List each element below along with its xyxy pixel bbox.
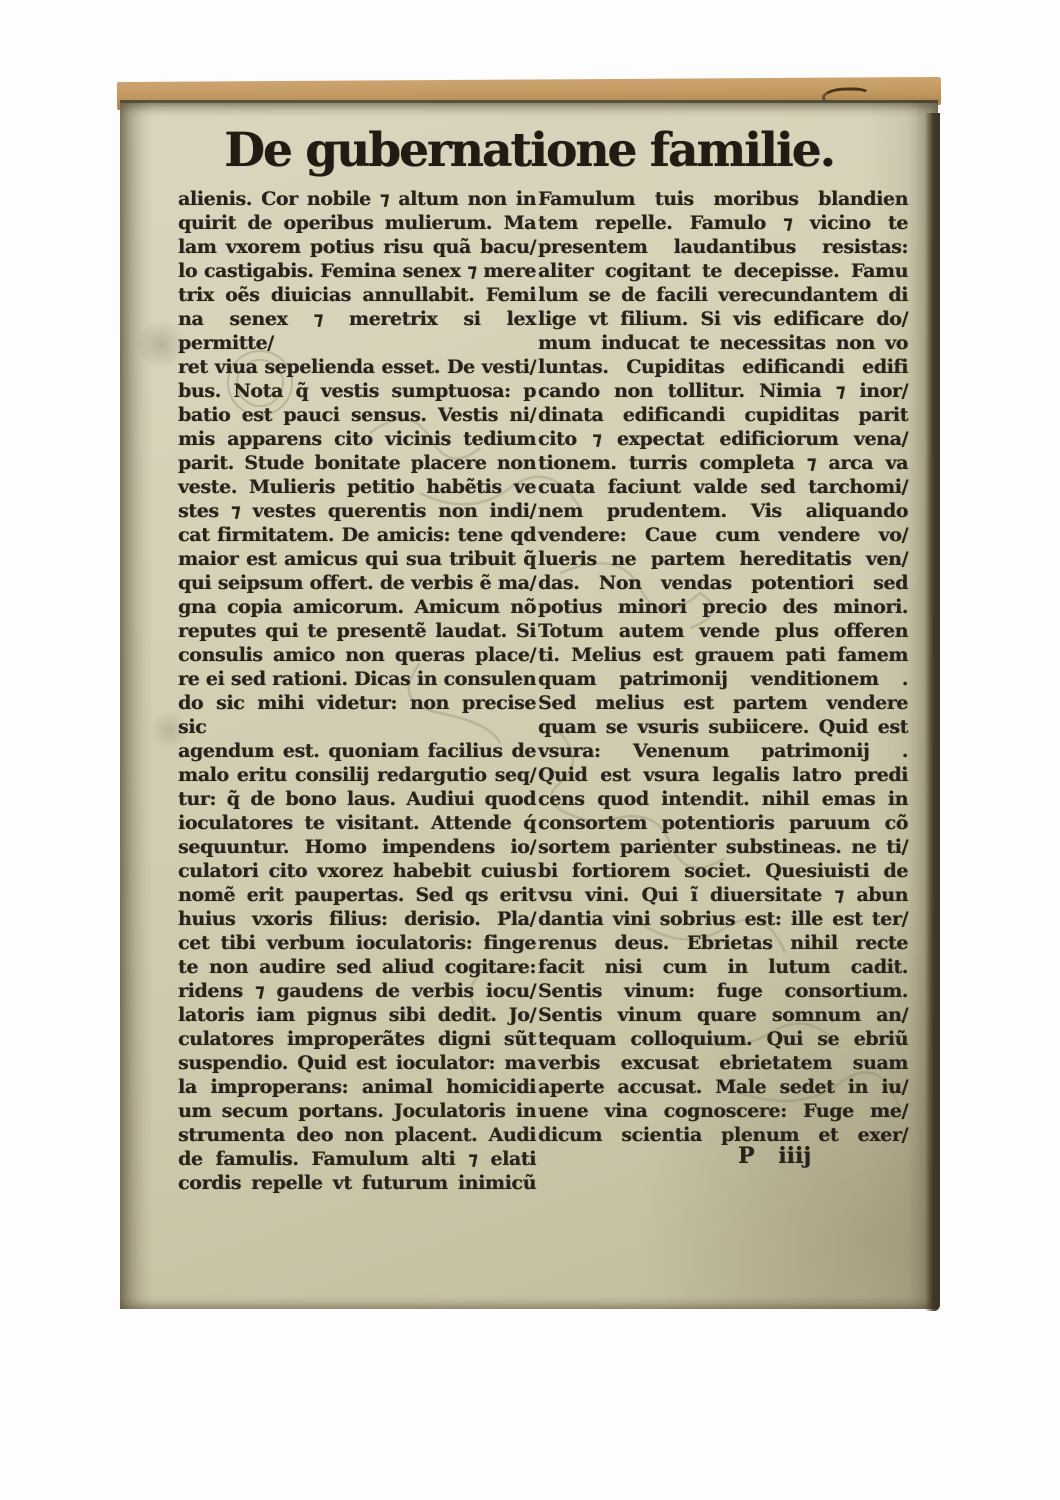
text-line: strumenta deo non placent. Audi (178, 1123, 536, 1147)
text-line: presentem laudantibus resistas: (538, 235, 908, 259)
text-line: do sic mihi videtur: non precise sic (178, 691, 536, 739)
text-line: trix oẽs diuicias annullabit. Femi (178, 283, 536, 307)
text-line: sequuntur. Homo impendens io/ (178, 835, 536, 859)
text-line: Quid est vsura legalis latro predi (538, 763, 908, 787)
text-column-left: alienis. Cor nobile ⁊ altum non inquirit… (178, 187, 536, 1195)
text-line: potius minori precio des minori. (538, 595, 908, 619)
text-line: veste. Mulieris petitio habẽtis ve (178, 475, 536, 499)
text-line: quirit de operibus mulierum. Ma (178, 211, 536, 235)
text-line: dinata edificandi cupiditas parit (538, 403, 908, 427)
scanned-book-page: De gubernatione familie. alienis. Cor no… (120, 84, 938, 1306)
text-line: stes ⁊ vestes querentis non indi/ (178, 499, 536, 523)
text-line: renus deus. Ebrietas nihil recte (538, 931, 908, 955)
text-line: ioculatores te visitant. Attende q́ (178, 811, 536, 835)
page-title: De gubernatione familie. (120, 123, 938, 178)
signature-mark: P iiij (738, 1143, 811, 1169)
text-line: cando non tollitur. Nimia ⁊ inor/ (538, 379, 908, 403)
text-line: cat firmitatem. De amicis: tene qd (178, 523, 536, 547)
text-line: qui seipsum offert. de verbis ẽ ma/ (178, 571, 536, 595)
text-line: tem repelle. Famulo ⁊ vicino te (538, 211, 908, 235)
page-right-edge (925, 113, 940, 1311)
text-line: alienis. Cor nobile ⁊ altum non in (178, 187, 536, 211)
text-line: consulis amico non queras place/ (178, 643, 536, 667)
text-line: agendum est. quoniam facilius de (178, 739, 536, 763)
text-line: bus. Nota q̃ vestis sumptuosa: p (178, 379, 536, 403)
text-column-right: Famulum tuis moribus blandientem repelle… (538, 187, 908, 1147)
text-line: cuata faciunt valde sed tarchomi/ (538, 475, 908, 499)
text-line: re ei sed rationi. Dicas in consulen (178, 667, 536, 691)
text-line: verbis excusat ebrietatem suam (538, 1051, 908, 1075)
text-line: vsu vini. Qui ĩ diuersitate ⁊ abun (538, 883, 908, 907)
text-line: Totum autem vende plus offeren (538, 619, 908, 643)
text-line: Sentis vinum quare somnum an/ (538, 1003, 908, 1027)
text-line: bi fortiorem societ. Quesiuisti de (538, 859, 908, 883)
text-line: cito ⁊ expectat edificiorum vena/ (538, 427, 908, 451)
text-line: malo eritu consilij redargutio seq/ (178, 763, 536, 787)
text-line: de famulis. Famulum alti ⁊ elati (178, 1147, 536, 1171)
text-line: vsura: Venenum patrimonij . (538, 739, 908, 763)
text-line: culatores improperãtes digni sũt (178, 1027, 536, 1051)
text-line: facit nisi cum in lutum cadit. (538, 955, 908, 979)
text-line: Sed melius est partem vendere (538, 691, 908, 715)
text-line: ret viua sepelienda esset. De vesti/ (178, 355, 536, 379)
text-line: ti. Melius est grauem pati famem (538, 643, 908, 667)
text-line: aperte accusat. Male sedet in iu/ (538, 1075, 908, 1099)
text-line: aliter cogitant te decepisse. Famu (538, 259, 908, 283)
text-line: parit. Stude bonitate placere non (178, 451, 536, 475)
text-line: sortem parienter substineas. ne ti/ (538, 835, 908, 859)
text-line: culatori cito vxorez habebit cuius (178, 859, 536, 883)
text-line: batio est pauci sensus. Vestis ni/ (178, 403, 536, 427)
text-line: mis apparens cito vicinis tedium (178, 427, 536, 451)
text-line: Famulum tuis moribus blandien (538, 187, 908, 211)
text-line: tionem. turris completa ⁊ arca va (538, 451, 908, 475)
text-line: lige vt filium. Si vis edificare do/ (538, 307, 908, 331)
text-line: cens quod intendit. nihil emas in (538, 787, 908, 811)
text-line: tequam colloquium. Qui se ebriũ (538, 1027, 908, 1051)
text-line: cet tibi verbum ioculatoris: finge (178, 931, 536, 955)
text-line: lo castigabis. Femina senex ⁊ mere (178, 259, 536, 283)
text-line: reputes qui te presentẽ laudat. Si (178, 619, 536, 643)
text-line: Sentis vinum: fuge consortium. (538, 979, 908, 1003)
text-line: dicum scientia plenum et exer/ (538, 1123, 908, 1147)
text-line: nem prudentem. Vis aliquando (538, 499, 908, 523)
text-line: nomẽ erit paupertas. Sed qs erit (178, 883, 536, 907)
text-line: mum inducat te necessitas non vo (538, 331, 908, 355)
text-line: luntas. Cupiditas edificandi edifi (538, 355, 908, 379)
text-line: lum se de facili verecundantem di (538, 283, 908, 307)
text-line: quam patrimonij venditionem . (538, 667, 908, 691)
text-line: uene vina cognoscere: Fuge me/ (538, 1099, 908, 1123)
text-line: dantia vini sobrius est: ille est ter/ (538, 907, 908, 931)
text-line: ridens ⁊ gaudens de verbis iocu/ (178, 979, 536, 1003)
text-line: suspendio. Quid est ioculator: ma (178, 1051, 536, 1075)
text-line: latoris iam pignus sibi dedit. Jo/ (178, 1003, 536, 1027)
text-line: te non audire sed aliud cogitare: (178, 955, 536, 979)
text-line: cordis repelle vt futurum inimicũ (178, 1171, 536, 1195)
text-line: gna copia amicorum. Amicum nõ (178, 595, 536, 619)
text-line: maior est amicus qui sua tribuit q̃ (178, 547, 536, 571)
text-line: la improperans: animal homicidi (178, 1075, 536, 1099)
text-line: quam se vsuris subiicere. Quid est (538, 715, 908, 739)
text-line: huius vxoris filius: derisio. Pla/ (178, 907, 536, 931)
text-line: lam vxorem potius risu quã bacu/ (178, 235, 536, 259)
text-line: das. Non vendas potentiori sed (538, 571, 908, 595)
page-surface: De gubernatione familie. alienis. Cor no… (120, 100, 938, 1309)
text-line: vendere: Caue cum vendere vo/ (538, 523, 908, 547)
text-line: lueris ne partem hereditatis ven/ (538, 547, 908, 571)
text-line: tur: q̃ de bono laus. Audiui quod (178, 787, 536, 811)
text-line: consortem potentioris paruum cõ (538, 811, 908, 835)
text-line: um secum portans. Joculatoris in (178, 1099, 536, 1123)
text-line: na senex ⁊ meretrix si lex permitte/ (178, 307, 536, 355)
